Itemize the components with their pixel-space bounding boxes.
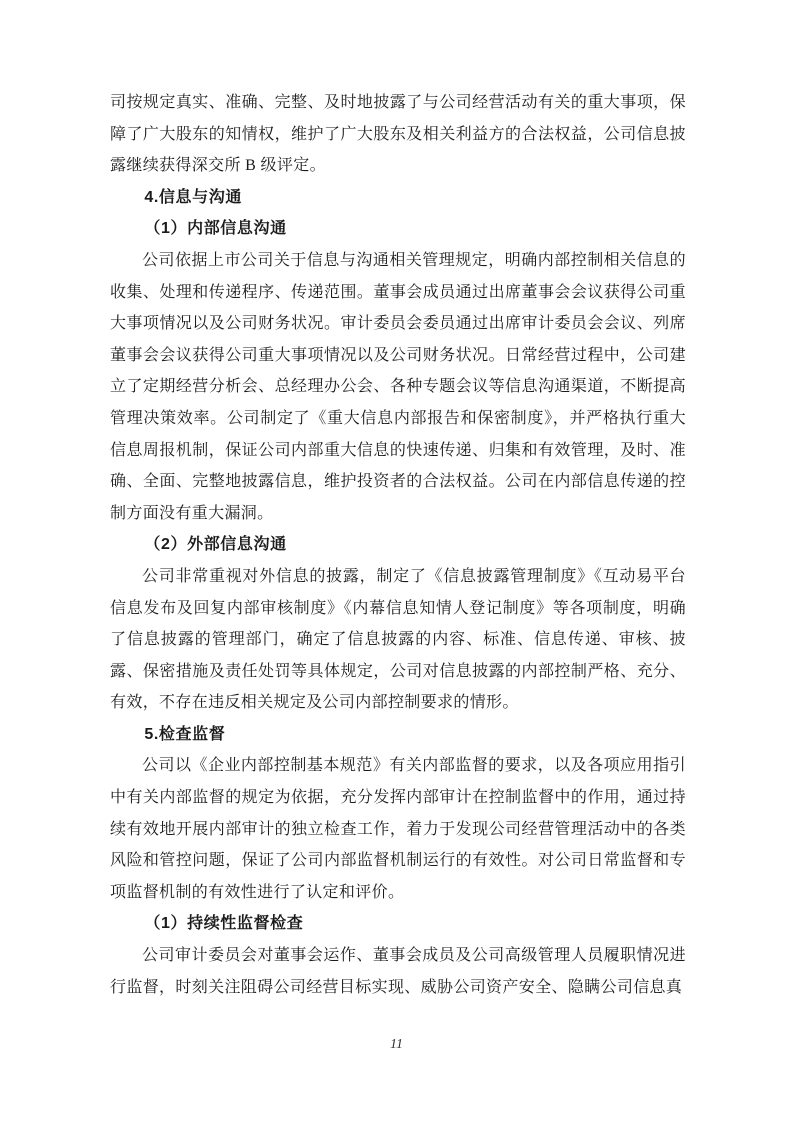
- page-number: 11: [0, 1037, 793, 1053]
- heading-4-2-external-information-communication: （2）外部信息沟通: [110, 529, 686, 561]
- heading-5-1-continuous-supervision-inspection: （1）持续性监督检查: [110, 908, 686, 940]
- paragraph-continuous-supervision-inspection: 公司审计委员会对董事会运作、董事会成员及公司高级管理人员履职情况进行监督，时刻关…: [110, 940, 686, 1003]
- document-page: 司按规定真实、准确、完整、及时地披露了与公司经营活动有关的重大事项，保障了广大股…: [0, 0, 793, 1122]
- paragraph-internal-information-communication: 公司依据上市公司关于信息与沟通相关管理规定，明确内部控制相关信息的收集、处理和传…: [110, 245, 686, 529]
- paragraph-external-information-communication: 公司非常重视对外信息的披露，制定了《信息披露管理制度》《互动易平台信息发布及回复…: [110, 561, 686, 719]
- paragraph-inspection-supervision: 公司以《企业内部控制基本规范》有关内部监督的要求，以及各项应用指引中有关内部监督…: [110, 750, 686, 908]
- paragraph-continued-disclosure: 司按规定真实、准确、完整、及时地披露了与公司经营活动有关的重大事项，保障了广大股…: [110, 87, 686, 182]
- heading-section-4-information-communication: 4.信息与沟通: [110, 182, 686, 214]
- page-body-text: 司按规定真实、准确、完整、及时地披露了与公司经营活动有关的重大事项，保障了广大股…: [110, 87, 686, 1003]
- heading-section-5-inspection-supervision: 5.检查监督: [110, 719, 686, 751]
- heading-4-1-internal-information-communication: （1）内部信息沟通: [110, 213, 686, 245]
